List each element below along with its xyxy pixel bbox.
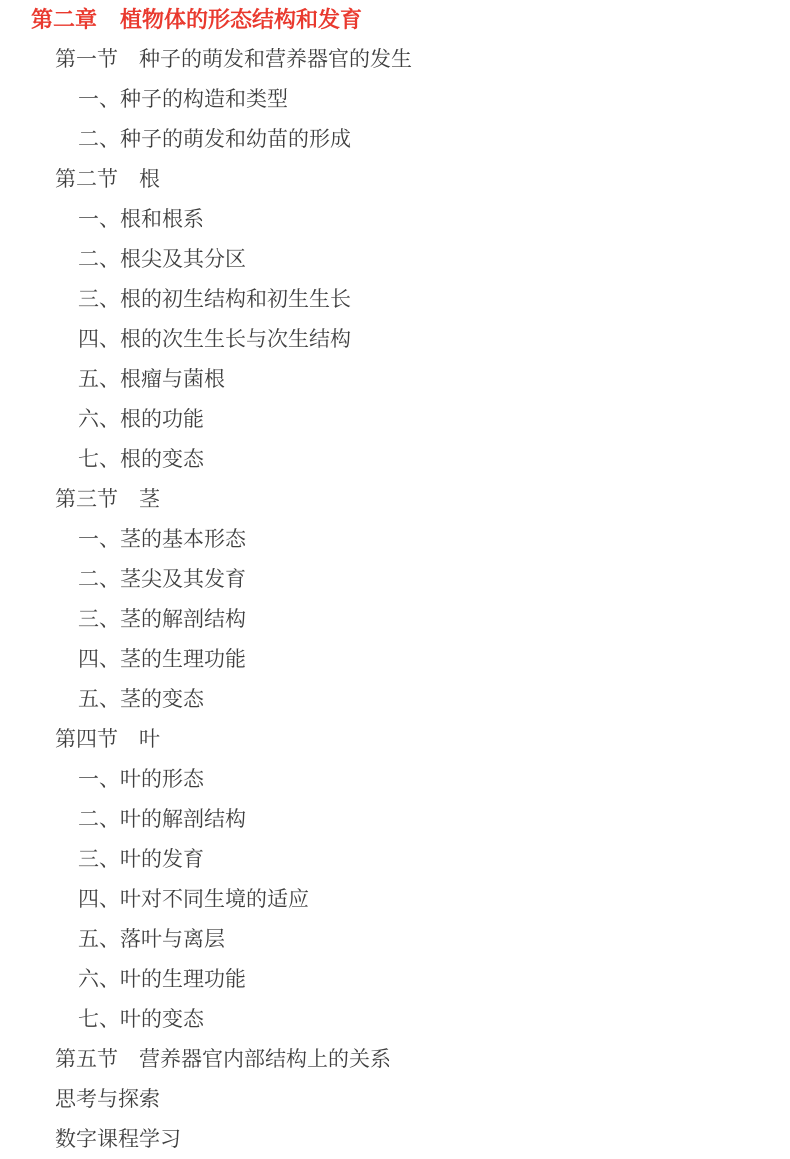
toc-item-entry[interactable]: 一、茎的基本形态	[78, 520, 774, 560]
toc-item-entry[interactable]: 三、根的初生结构和初生生长	[78, 280, 774, 320]
toc-item-entry[interactable]: 一、根和根系	[78, 200, 774, 240]
toc-item-entry[interactable]: 七、根的变态	[78, 440, 774, 480]
toc-item-entry[interactable]: 五、根瘤与菌根	[78, 360, 774, 400]
toc-item-entry[interactable]: 五、茎的变态	[78, 680, 774, 720]
toc-item-entry[interactable]: 二、种子的萌发和幼苗的形成	[78, 120, 774, 160]
chapter-title: 植物体的形态结构和发育	[120, 7, 362, 32]
toc-item-entry[interactable]: 三、茎的解剖结构	[78, 600, 774, 640]
toc-item-entry[interactable]: 六、根的功能	[78, 400, 774, 440]
chapter-number: 第二章	[31, 7, 97, 32]
toc-item-entry[interactable]: 二、根尖及其分区	[78, 240, 774, 280]
toc-item-entry[interactable]: 二、茎尖及其发育	[78, 560, 774, 600]
toc-item-entry[interactable]: 一、种子的构造和类型	[78, 80, 774, 120]
toc-item-entry[interactable]: 四、根的次生生长与次生结构	[78, 320, 774, 360]
chapter-heading[interactable]: 第二章植物体的形态结构和发育	[31, 0, 774, 40]
toc-page: 第二章植物体的形态结构和发育 第一节 种子的萌发和营养器官的发生一、种子的构造和…	[0, 0, 790, 1159]
toc-section-entry[interactable]: 第五节 营养器官内部结构上的关系	[55, 1040, 774, 1080]
toc-item-entry[interactable]: 六、叶的生理功能	[78, 960, 774, 1000]
toc-item-entry[interactable]: 四、茎的生理功能	[78, 640, 774, 680]
toc-item-entry[interactable]: 三、叶的发育	[78, 840, 774, 880]
toc-section-entry[interactable]: 第三节 茎	[55, 480, 774, 520]
toc-item-entry[interactable]: 七、叶的变态	[78, 1000, 774, 1040]
toc-item-entry[interactable]: 四、叶对不同生境的适应	[78, 880, 774, 920]
toc-item-entry[interactable]: 二、叶的解剖结构	[78, 800, 774, 840]
toc-item-entry[interactable]: 一、叶的形态	[78, 760, 774, 800]
toc-list: 第一节 种子的萌发和营养器官的发生一、种子的构造和类型二、种子的萌发和幼苗的形成…	[31, 40, 774, 1159]
toc-section-entry[interactable]: 第四节 叶	[55, 720, 774, 760]
toc-section-entry[interactable]: 第一节 种子的萌发和营养器官的发生	[55, 40, 774, 80]
toc-section-entry[interactable]: 数字课程学习	[55, 1120, 774, 1159]
toc-section-entry[interactable]: 第二节 根	[55, 160, 774, 200]
toc-section-entry[interactable]: 思考与探索	[55, 1080, 774, 1120]
toc-item-entry[interactable]: 五、落叶与离层	[78, 920, 774, 960]
